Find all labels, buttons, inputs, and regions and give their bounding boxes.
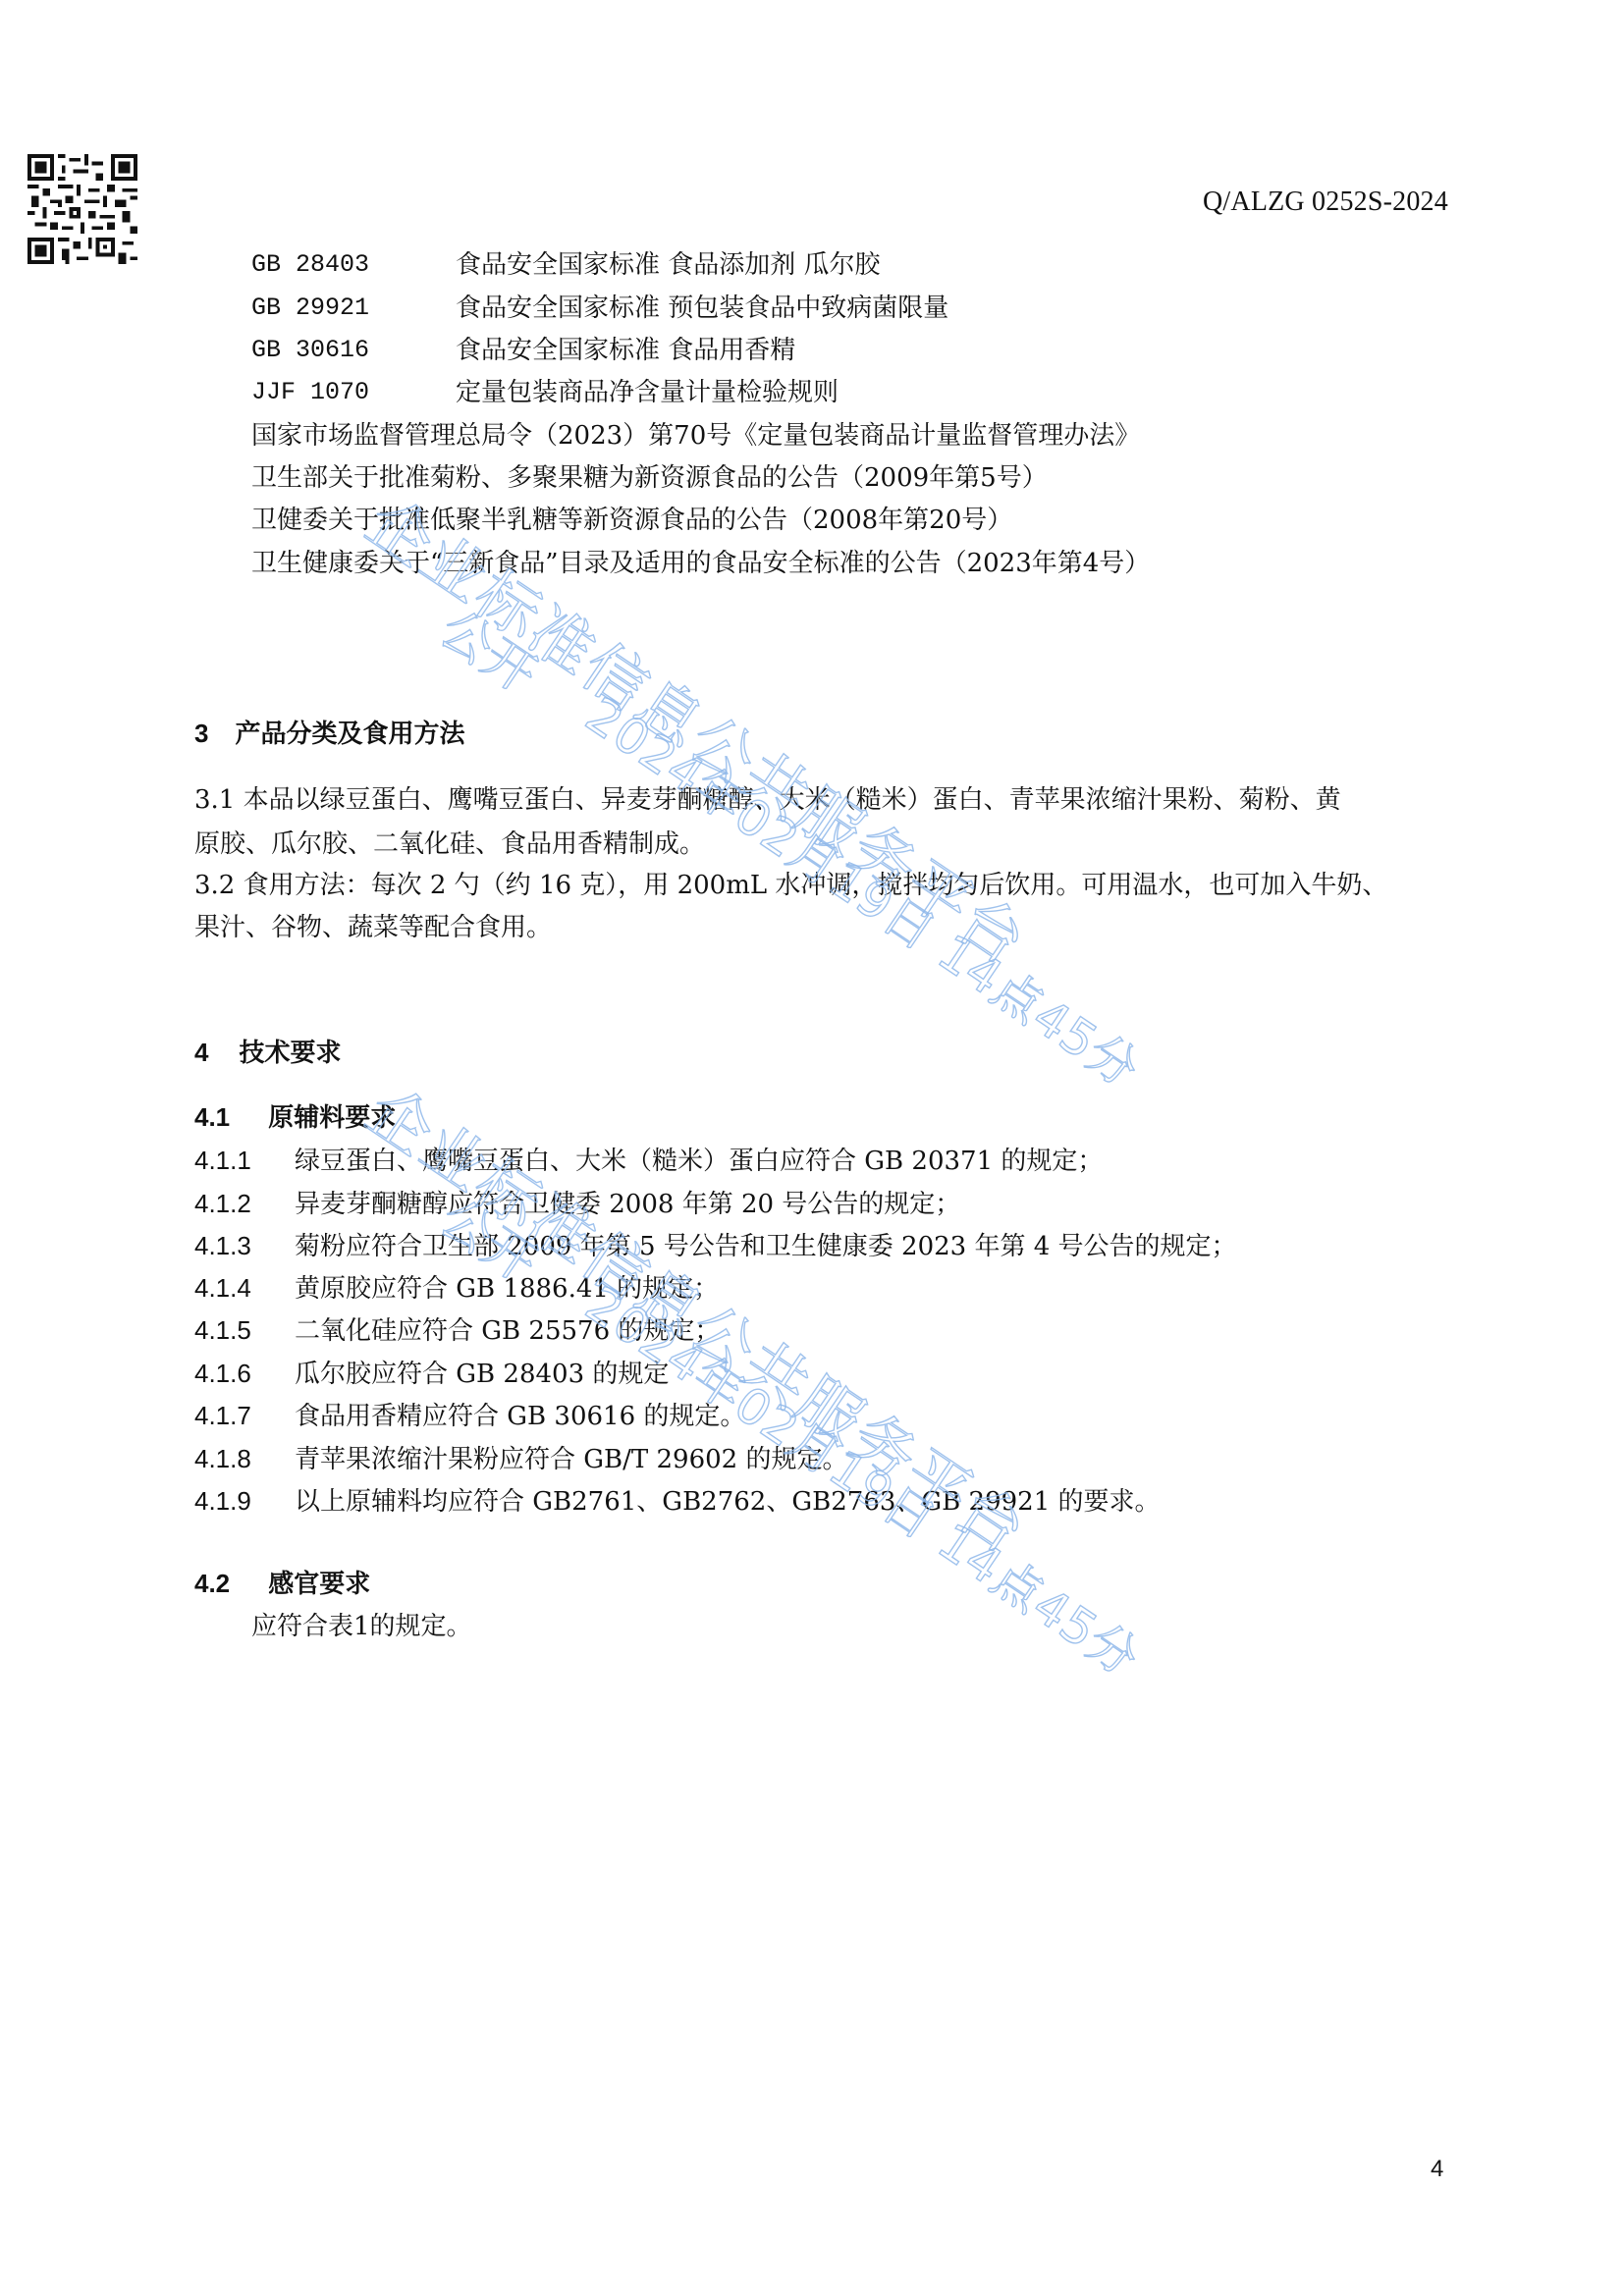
clause-item: 4.1.8青苹果浓缩汁果粉应符合 GB/T 29602 的规定。 bbox=[194, 1442, 847, 1476]
qr-code-icon bbox=[27, 147, 137, 271]
clause-item: 4.1.4黄原胶应符合 GB 1886.41 的规定； bbox=[194, 1271, 719, 1306]
subsection-title: 原辅料要求 bbox=[268, 1103, 396, 1133]
clause-text: 以上原辅料均应符合 GB2761、GB2762、GB2763、GB 29921 … bbox=[295, 1487, 1161, 1517]
document-page: Q/ALZG 0252S-2024 GB 28403 食品安全国家标准 食品添加… bbox=[0, 0, 1624, 2296]
clause-text: 青苹果浓缩汁果粉应符合 GB/T 29602 的规定。 bbox=[295, 1445, 847, 1474]
clause-item: 4.1.5二氧化硅应符合 GB 25576 的规定； bbox=[194, 1313, 720, 1348]
clause-item: 4.1.6瓜尔胶应符合 GB 28403 的规定 bbox=[194, 1357, 669, 1391]
clause-number: 4.1.8 bbox=[194, 1442, 295, 1475]
section-number: 3 bbox=[194, 717, 208, 750]
reference-title: 食品安全国家标准 食品用香精 bbox=[456, 334, 795, 367]
subsection-title: 感官要求 bbox=[268, 1570, 370, 1599]
clause-text: 异麦芽酮糖醇应符合卫健委 2008 年第 20 号公告的规定； bbox=[295, 1190, 960, 1219]
clause-number: 4.1.3 bbox=[194, 1229, 295, 1262]
clause-text: 二氧化硅应符合 GB 25576 的规定； bbox=[295, 1316, 720, 1346]
reference-title: 食品安全国家标准 食品添加剂 瓜尔胶 bbox=[456, 248, 881, 282]
clause-number: 4.1.2 bbox=[194, 1187, 295, 1220]
clause-text: 食品用香精应符合 GB 30616 的规定。 bbox=[295, 1402, 745, 1431]
reference-code: GB 28403 bbox=[251, 248, 369, 282]
clause-item: 4.1.2异麦芽酮糖醇应符合卫健委 2008 年第 20 号公告的规定； bbox=[194, 1187, 960, 1221]
page-number: 4 bbox=[1431, 2156, 1443, 2183]
subsection-4-2-heading: 4.2 感官要求 bbox=[194, 1567, 370, 1601]
reference-regulation: 卫生健康委关于“三新食品”目录及适用的食品安全标准的公告（2023年第4号） bbox=[251, 547, 1150, 580]
subsection-number: 4.2 bbox=[194, 1567, 230, 1600]
clause-text: 黄原胶应符合 GB 1886.41 的规定； bbox=[295, 1274, 719, 1304]
paragraph-line: 3.2 食用方法：每次 2 勺（约 16 克），用 200mL 水冲调，搅拌均匀… bbox=[194, 869, 1387, 902]
clause-number: 4.1.7 bbox=[194, 1399, 295, 1432]
clause-text: 瓜尔胶应符合 GB 28403 的规定 bbox=[295, 1360, 669, 1389]
reference-code: GB 30616 bbox=[251, 334, 369, 367]
reference-code: JJF 1070 bbox=[251, 376, 369, 409]
clause-number: 4.1.4 bbox=[194, 1271, 295, 1305]
reference-code: GB 29921 bbox=[251, 292, 369, 325]
reference-regulation: 卫健委关于批准低聚半乳糖等新资源食品的公告（2008年第20号） bbox=[251, 504, 1012, 537]
clause-item: 4.1.9以上原辅料均应符合 GB2761、GB2762、GB2763、GB 2… bbox=[194, 1484, 1161, 1519]
paragraph-line: 果汁、谷物、蔬菜等配合食用。 bbox=[194, 911, 552, 944]
paragraph-line: 3.1 本品以绿豆蛋白、鹰嘴豆蛋白、异麦芽酮糖醇、大米（糙米）蛋白、青苹果浓缩汁… bbox=[194, 783, 1341, 817]
section-3-heading: 3 产品分类及食用方法 bbox=[194, 717, 465, 751]
reference-title: 定量包装商品净含量计量检验规则 bbox=[456, 376, 839, 409]
clause-number: 4.1.5 bbox=[194, 1313, 295, 1347]
paragraph-line: 原胶、瓜尔胶、二氧化硅、食品用香精制成。 bbox=[194, 828, 705, 861]
clause-number: 4.1.1 bbox=[194, 1144, 295, 1177]
paragraph-line: 应符合表1的规定。 bbox=[251, 1610, 472, 1643]
clause-item: 4.1.1绿豆蛋白、鹰嘴豆蛋白、大米（糙米）蛋白应符合 GB 20371 的规定… bbox=[194, 1144, 1103, 1178]
watermark-status: 公开 bbox=[428, 589, 554, 707]
clause-item: 4.1.3菊粉应符合卫生部 2009 年第 5 号公告和卫生健康委 2023 年… bbox=[194, 1229, 1237, 1263]
clause-item: 4.1.7食品用香精应符合 GB 30616 的规定。 bbox=[194, 1399, 745, 1433]
section-title: 产品分类及食用方法 bbox=[236, 720, 465, 749]
clause-number: 4.1.9 bbox=[194, 1484, 295, 1518]
document-code: Q/ALZG 0252S-2024 bbox=[1203, 187, 1448, 218]
reference-regulation: 国家市场监督管理总局令（2023）第70号《定量包装商品计量监督管理办法》 bbox=[251, 419, 1140, 453]
clause-text: 菊粉应符合卫生部 2009 年第 5 号公告和卫生健康委 2023 年第 4 号… bbox=[295, 1232, 1237, 1261]
section-4-heading: 4 技术要求 bbox=[194, 1036, 342, 1070]
subsection-number: 4.1 bbox=[194, 1100, 230, 1134]
section-title: 技术要求 bbox=[240, 1039, 342, 1068]
clause-number: 4.1.6 bbox=[194, 1357, 295, 1390]
reference-title: 食品安全国家标准 预包装食品中致病菌限量 bbox=[456, 292, 948, 325]
reference-regulation: 卫生部关于批准菊粉、多聚果糖为新资源食品的公告（2009年第5号） bbox=[251, 461, 1048, 495]
section-number: 4 bbox=[194, 1036, 208, 1069]
subsection-4-1-heading: 4.1 原辅料要求 bbox=[194, 1100, 396, 1135]
clause-text: 绿豆蛋白、鹰嘴豆蛋白、大米（糙米）蛋白应符合 GB 20371 的规定； bbox=[295, 1147, 1103, 1176]
